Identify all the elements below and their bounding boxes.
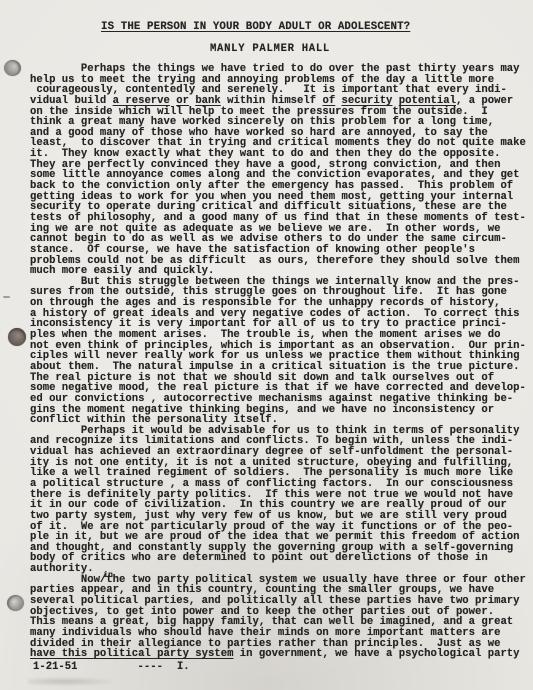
text-line: body of critics who are determined to po…	[30, 553, 533, 564]
footer-page-number: I.	[177, 661, 190, 673]
page-title: IS THE PERSON IN YOUR BODY ADULT OR ADOL…	[101, 21, 410, 33]
edge-tick-mark	[3, 296, 10, 298]
footer-separator: ----	[138, 661, 163, 673]
text-line: ed our convictions , autocorrective mech…	[30, 394, 533, 405]
text-line: two party system, just why very few of u…	[30, 511, 533, 522]
text-line: have this political party system in gove…	[30, 649, 533, 660]
hole-punch-mark-middle	[8, 328, 26, 346]
document-page: IS THE PERSON IN YOUR BODY ADULT OR ADOL…	[0, 0, 533, 690]
paragraph-3: Perhaps it would be advisable for us to …	[30, 426, 533, 575]
hole-punch-mark-top	[4, 60, 21, 76]
paragraph-1: Perhaps the things we have tried to do o…	[30, 64, 533, 277]
text-line: tests of philosophy, and a good many of …	[30, 213, 533, 224]
text-line: stance. Of course, we have the satisfact…	[30, 245, 533, 256]
hole-punch-mark-bottom	[7, 595, 24, 611]
text-line: vidual build a reserve or bank within hi…	[30, 96, 533, 107]
paragraph-2: But this struggle between the things we …	[30, 277, 533, 426]
document-body: Perhaps the things we have tried to do o…	[30, 64, 533, 660]
text-line: about them. The natural impulse in a cri…	[30, 362, 533, 373]
document-footer: 1-21-51 ---- I.	[33, 661, 190, 673]
smudge-mark	[28, 677, 118, 686]
footer-date: 1-21-51	[33, 661, 78, 673]
text-line: many individuals who should have their m…	[30, 628, 533, 639]
author-byline: MANLY PALMER HALL	[210, 43, 330, 55]
paragraph-4: Now/inthe two party political system we …	[30, 575, 533, 660]
